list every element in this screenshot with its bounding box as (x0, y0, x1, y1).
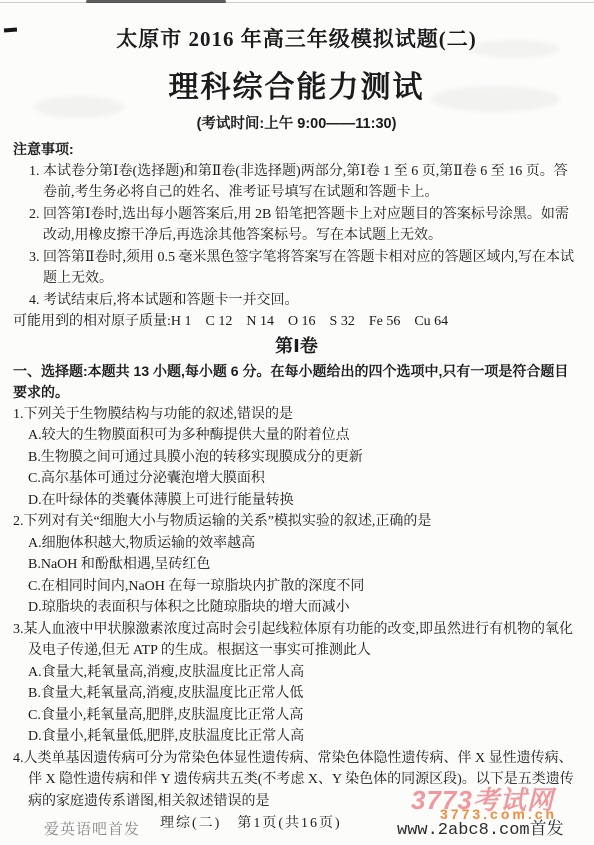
question-number: 2. (13, 514, 24, 529)
option-line: D.在叶绿体的类囊体薄膜上可进行能量转换 (13, 490, 580, 512)
notice-item-number: 1. (29, 164, 40, 179)
notice-item-number: 2. (29, 207, 40, 222)
option-line: B.食量大,耗氧量高,消瘦,皮肤温度比正常人低 (13, 683, 580, 705)
notice-item-text: 考试结束后,将本试题和答题卡一并交回。 (43, 293, 299, 308)
option-line: A.细胞体积越大,物质运输的效率越高 (13, 533, 580, 555)
notice-item-2: 2. 回答第Ⅰ卷时,选出每小题答案后,用 2B 铅笔把答题卡上对应题目的答案标号… (13, 204, 580, 247)
notice-item-number: 3. (29, 250, 40, 265)
question-block-1: 1.下列关于生物膜结构与功能的叙述,错误的是 A.较大的生物膜面积可为多种酶提供… (13, 404, 580, 512)
notice-item-text: 回答第Ⅰ卷时,选出每小题答案后,用 2B 铅笔把答题卡上对应题目的答案标号涂黑。… (43, 207, 569, 244)
atomic-mass-line: 可能用到的相对原子质量:H 1 C 12 N 14 O 16 S 32 Fe 5… (13, 311, 580, 333)
question-number: 4. (13, 751, 24, 766)
question-text: 下列关于生物膜结构与功能的叙述,错误的是 (24, 407, 294, 422)
notice-item-1: 1. 本试卷分第Ⅰ卷(选择题)和第Ⅱ卷(非选择题)两部分,第Ⅰ卷 1 至 6 页… (13, 161, 580, 204)
notice-item-3: 3. 回答第Ⅱ卷时,须用 0.5 毫米黑色签字笔将答案写在答题卡相对应的答题区域… (13, 247, 580, 290)
question-number: 3. (13, 622, 24, 637)
question-number: 1. (13, 407, 24, 422)
footer-page-label: 理综(二) 第1页(共16页) (160, 812, 342, 832)
question-stem: 1.下列关于生物膜结构与功能的叙述,错误的是 (13, 404, 580, 426)
notice-heading: 注意事项: (13, 139, 580, 161)
option-line: C.在相同时间内,NaOH 在每一琼脂块内扩散的深度不同 (13, 576, 580, 598)
exam-title: 太原市 2016 年高三年级模拟试题(二) (13, 26, 580, 52)
notice-item-text: 本试卷分第Ⅰ卷(选择题)和第Ⅱ卷(非选择题)两部分,第Ⅰ卷 1 至 6 页,第Ⅱ… (43, 164, 568, 201)
question-text: 下列对有关“细胞大小与物质运输的关系”模拟实验的叙述,正确的是 (24, 514, 432, 529)
option-line: B.NaOH 和酚酞相遇,呈砖红色 (13, 554, 580, 576)
option-line: D.食量小,耗氧量低,肥胖,皮肤温度比正常人高 (13, 726, 580, 748)
question-stem: 2.下列对有关“细胞大小与物质运输的关系”模拟实验的叙述,正确的是 (13, 511, 580, 533)
exam-subject-title: 理科综合能力测试 (13, 69, 580, 107)
notice-item-number: 4. (29, 293, 40, 308)
footer-left-credit: 爱英语吧首发 (44, 818, 140, 839)
exam-time-line: (考试时间:上午 9:00——11:30) (13, 114, 580, 134)
option-line: C.食量小,耗氧量高,肥胖,皮肤温度比正常人高 (13, 705, 580, 727)
choice-section-intro: 一、选择题:本题共 13 小题,每小题 6 分。在每小题给出的四个选项中,只有一… (13, 361, 580, 404)
watermark-site-credit: www.2abc8.com首发 (397, 814, 564, 840)
section-heading-volume-1: 第Ⅰ卷 (13, 334, 580, 358)
question-block-2: 2.下列对有关“细胞大小与物质运输的关系”模拟实验的叙述,正确的是 A.细胞体积… (13, 511, 580, 619)
option-line: C.高尔基体可通过分泌囊泡增大膜面积 (13, 468, 580, 490)
notice-item-text: 回答第Ⅱ卷时,须用 0.5 毫米黑色签字笔将答案写在答题卡相对应的答题区域内,写… (43, 250, 574, 287)
page-content: 太原市 2016 年高三年级模拟试题(二) 理科综合能力测试 (考试时间:上午 … (0, 0, 594, 812)
option-line: A.较大的生物膜面积可为多种酶提供大量的附着位点 (13, 425, 580, 447)
question-stem: 3.某人血液中甲状腺激素浓度过高时会引起线粒体原有功能的改变,即虽然进行有机物的… (13, 619, 580, 662)
question-block-3: 3.某人血液中甲状腺激素浓度过高时会引起线粒体原有功能的改变,即虽然进行有机物的… (13, 619, 580, 748)
option-line: B.生物膜之间可通过具膜小泡的转移实现膜成分的更新 (13, 447, 580, 469)
option-line: A.食量大,耗氧量高,消瘦,皮肤温度比正常人高 (13, 662, 580, 684)
option-line: D.琼脂块的表面积与体积之比随琼脂块的增大而减小 (13, 597, 580, 619)
question-text: 某人血液中甲状腺激素浓度过高时会引起线粒体原有功能的改变,即虽然进行有机物的氧化… (24, 622, 574, 659)
exam-paper-page: 太原市 2016 年高三年级模拟试题(二) 理科综合能力测试 (考试时间:上午 … (0, 0, 594, 845)
notice-item-4: 4. 考试结束后,将本试题和答题卡一并交回。 (13, 290, 580, 312)
